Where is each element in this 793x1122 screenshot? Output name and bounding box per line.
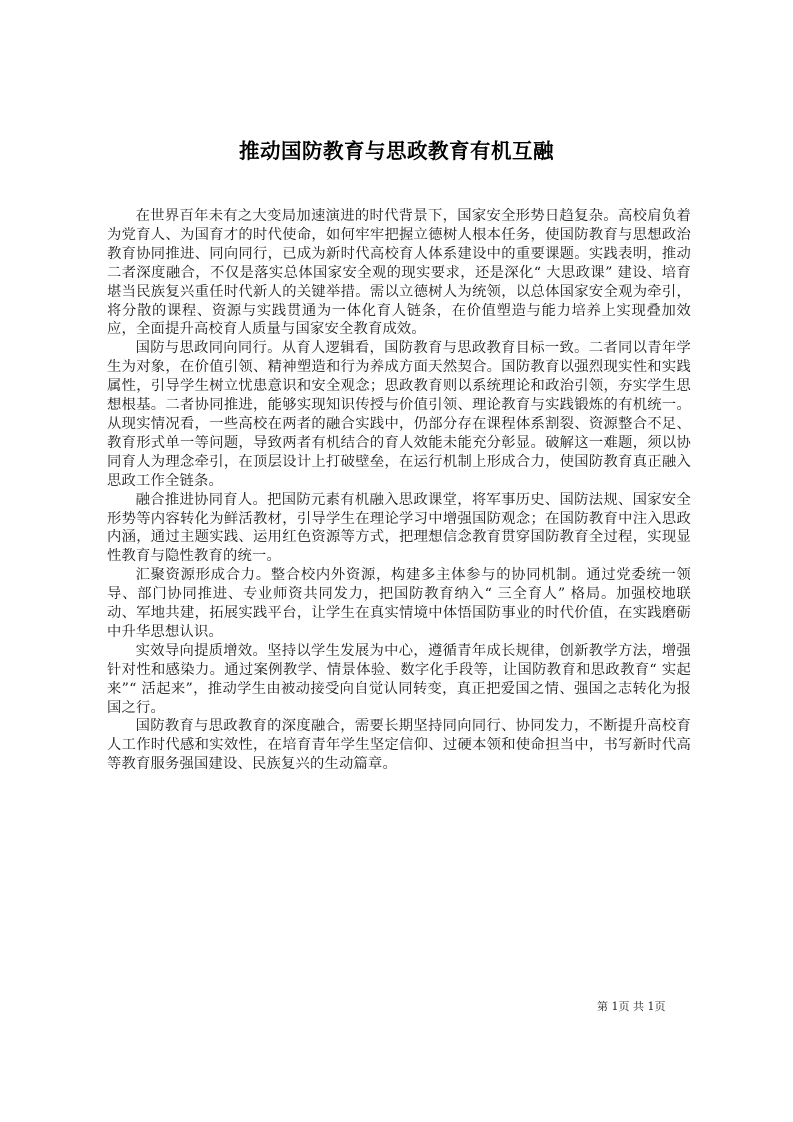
paragraph-integration: 融合推进协同育人。把国防元素有机融入思政课堂，将军事历史、国防法规、国家安全形势… bbox=[107, 491, 691, 567]
paragraph-resources: 汇聚资源形成合力。整合校内外资源，构建多主体参与的协同机制。通过党委统一领导、部… bbox=[107, 566, 691, 642]
paragraph-same-direction: 国防与思政同向同行。从育人逻辑看，国防教育与思政教育目标一致。二者同以青年学生为… bbox=[107, 339, 691, 490]
document-body: 在世界百年未有之大变局加速演进的时代背景下，国家安全形势日趋复杂。高校肩负着为党… bbox=[107, 207, 691, 774]
document-page: 推动国防教育与思政教育有机互融 在世界百年未有之大变局加速演进的时代背景下，国家… bbox=[0, 0, 793, 1122]
page-number: 第 1页 共 1页 bbox=[597, 998, 666, 1014]
paragraph-intro: 在世界百年未有之大变局加速演进的时代背景下，国家安全形势日趋复杂。高校肩负着为党… bbox=[107, 207, 691, 339]
paragraph-effectiveness: 实效导向提质增效。坚持以学生发展为中心，遵循青年成长规律，创新教学方法，增强针对… bbox=[107, 642, 691, 718]
paragraph-conclusion: 国防教育与思政教育的深度融合，需要长期坚持同向同行、协同发力，不断提升高校育人工… bbox=[107, 717, 691, 774]
document-title: 推动国防教育与思政教育有机互融 bbox=[0, 134, 793, 164]
